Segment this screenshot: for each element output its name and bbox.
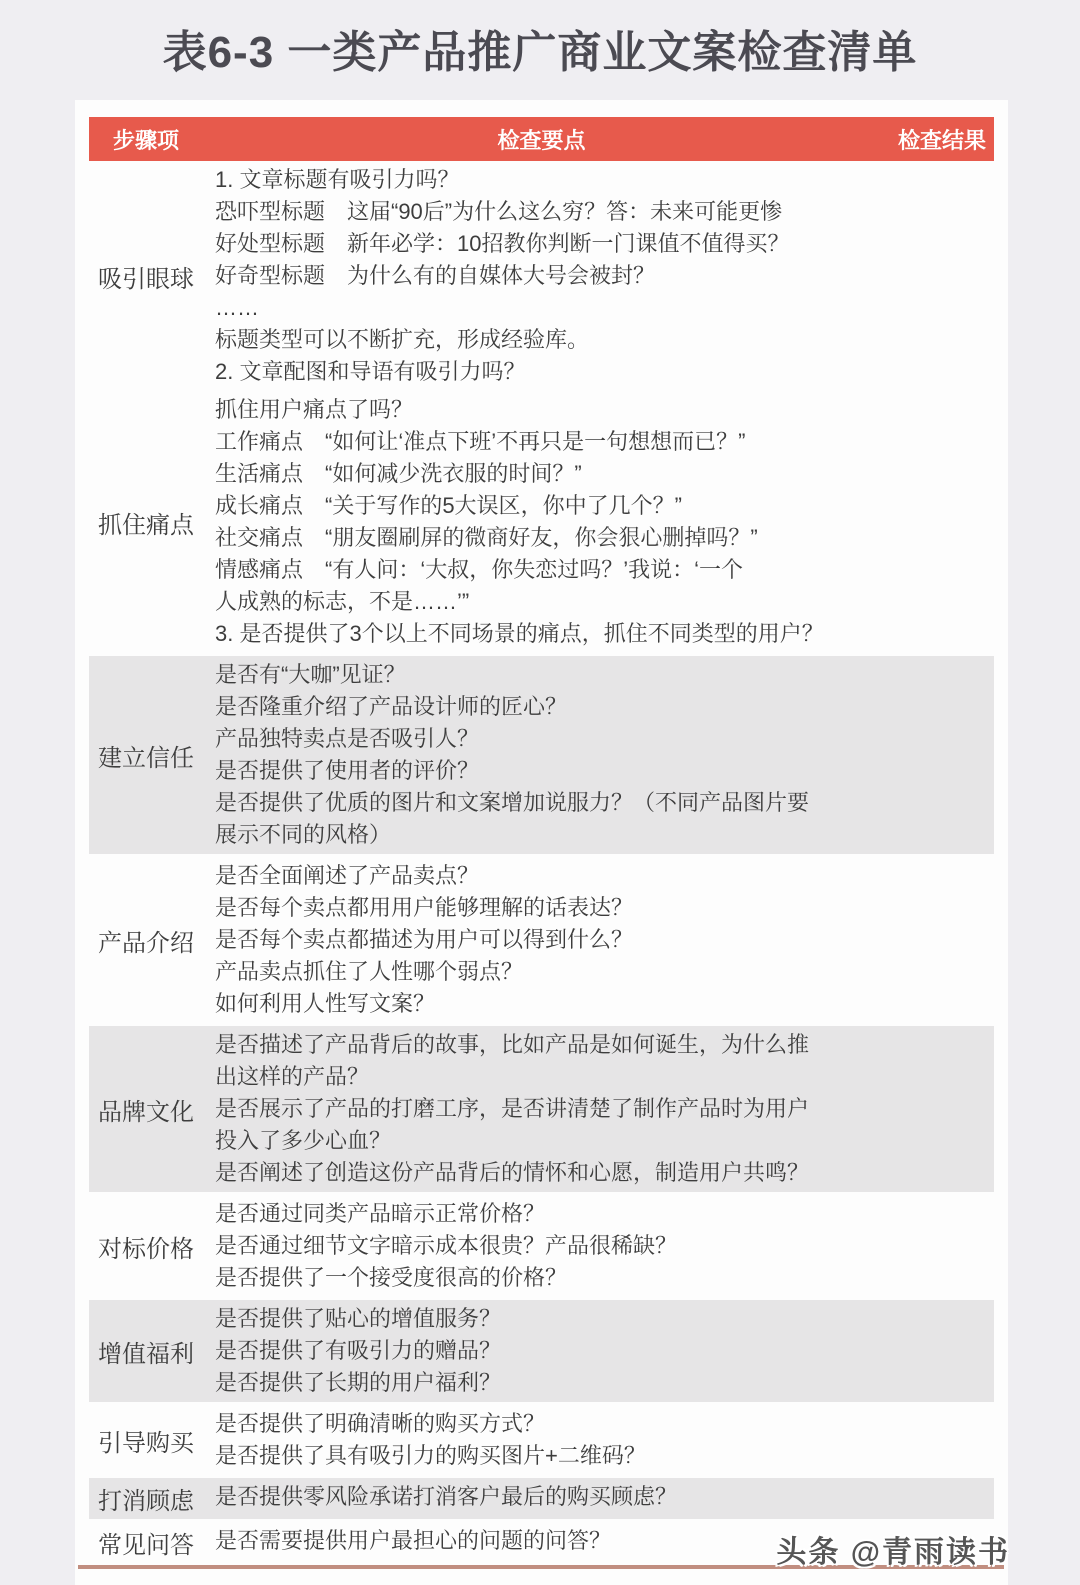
check-point-line: 是否提供了优质的图片和文案增加说服力？（不同产品图片要 <box>215 787 994 819</box>
check-point-line: 是否每个卖点都描述为用户可以得到什么？ <box>215 924 994 956</box>
step-label: 引导购买 <box>89 1408 215 1472</box>
table-body: 吸引眼球 1. 文章标题有吸引力吗？恐吓型标题 这届“90后”为什么这么穷？答：… <box>89 161 994 1563</box>
checklist-table: 步骤项 检查要点 检查结果 吸引眼球 1. 文章标题有吸引力吗？恐吓型标题 这届… <box>75 100 1008 1585</box>
check-point-line: 是否提供了贴心的增值服务？ <box>215 1303 994 1335</box>
header-check-result: 检查结果 <box>814 124 994 155</box>
step-label: 品牌文化 <box>89 1029 215 1189</box>
check-point-line: 产品独特卖点是否吸引人？ <box>215 723 994 755</box>
header-step-item: 步骤项 <box>89 124 269 155</box>
check-points-cell: 是否描述了产品背后的故事，比如产品是如何诞生，为什么推出这样的产品？是否展示了产… <box>215 1029 994 1189</box>
check-point-line: 是否阐述了创造这份产品背后的情怀和心愿，制造用户共鸣？ <box>215 1157 994 1189</box>
check-point-line: 情感痛点 “有人问：‘大叔，你失恋过吗？’我说：‘一个 <box>215 554 994 586</box>
step-label: 抓住痛点 <box>89 394 215 650</box>
table-row: 抓住痛点 抓住用户痛点了吗？工作痛点 “如何让‘准点下班’不再只是一句想想而已？… <box>89 391 994 653</box>
check-point-line: 工作痛点 “如何让‘准点下班’不再只是一句想想而已？” <box>215 426 994 458</box>
check-point-line: 1. 文章标题有吸引力吗？ <box>215 164 994 196</box>
check-point-line: 生活痛点 “如何减少洗衣服的时间？” <box>215 458 994 490</box>
check-point-line: 成长痛点 “关于写作的5大误区，你中了几个？” <box>215 490 994 522</box>
check-point-line: 是否提供了长期的用户福利？ <box>215 1367 994 1399</box>
table-header: 步骤项 检查要点 检查结果 <box>89 117 994 161</box>
check-point-line: 是否描述了产品背后的故事，比如产品是如何诞生，为什么推 <box>215 1029 994 1061</box>
check-point-line: 好奇型标题 为什么有的自媒体大号会被封？ <box>215 260 994 292</box>
check-point-line: 好处型标题 新年必学：10招教你判断一门课值不值得买？ <box>215 228 994 260</box>
table-row: 品牌文化 是否描述了产品背后的故事，比如产品是如何诞生，为什么推出这样的产品？是… <box>89 1023 994 1195</box>
table-row: 建立信任 是否有“大咖”见证？是否隆重介绍了产品设计师的匠心？产品独特卖点是否吸… <box>89 653 994 857</box>
check-point-line: 恐吓型标题 这届“90后”为什么这么穷？答：未来可能更惨 <box>215 196 994 228</box>
check-point-line: 是否提供了具有吸引力的购买图片+二维码？ <box>215 1440 994 1472</box>
table-inner: 步骤项 检查要点 检查结果 吸引眼球 1. 文章标题有吸引力吗？恐吓型标题 这届… <box>75 100 1008 1569</box>
page-title: 表6-3 一类产品推广商业文案检查清单 <box>0 16 1080 80</box>
header-check-points: 检查要点 <box>269 124 814 155</box>
check-points-cell: 是否提供零风险承诺打消客户最后的购买顾虑？ <box>215 1481 994 1516</box>
step-label: 常见问答 <box>89 1525 215 1560</box>
check-point-line: 人成熟的标志，不是……’” <box>215 586 994 618</box>
check-points-cell: 抓住用户痛点了吗？工作痛点 “如何让‘准点下班’不再只是一句想想而已？”生活痛点… <box>215 394 994 650</box>
check-points-cell: 是否全面阐述了产品卖点？是否每个卖点都用用户能够理解的话表达？是否每个卖点都描述… <box>215 860 994 1020</box>
check-point-line: 3. 是否提供了3个以上不同场景的痛点，抓住不同类型的用户？ <box>215 618 994 650</box>
check-point-line: 是否隆重介绍了产品设计师的匠心？ <box>215 691 994 723</box>
check-point-line: 是否有“大咖”见证？ <box>215 659 994 691</box>
check-points-cell: 是否提供了明确清晰的购买方式？是否提供了具有吸引力的购买图片+二维码？ <box>215 1408 994 1472</box>
step-label: 产品介绍 <box>89 860 215 1020</box>
step-label: 对标价格 <box>89 1198 215 1294</box>
check-point-line: 是否提供零风险承诺打消客户最后的购买顾虑？ <box>215 1481 994 1513</box>
check-point-line: 出这样的产品？ <box>215 1061 994 1093</box>
watermark: 头条 @青雨读书 <box>776 1527 1010 1571</box>
check-point-line: 是否全面阐述了产品卖点？ <box>215 860 994 892</box>
step-label: 建立信任 <box>89 659 215 851</box>
table-row: 增值福利 是否提供了贴心的增值服务？是否提供了有吸引力的赠品？是否提供了长期的用… <box>89 1297 994 1405</box>
check-point-line: 社交痛点 “朋友圈刷屏的微商好友，你会狠心删掉吗？” <box>215 522 994 554</box>
check-point-line: 是否每个卖点都用用户能够理解的话表达？ <box>215 892 994 924</box>
table-row: 打消顾虑 是否提供零风险承诺打消客户最后的购买顾虑？ <box>89 1475 994 1522</box>
check-point-line: 抓住用户痛点了吗？ <box>215 394 994 426</box>
page: 表6-3 一类产品推广商业文案检查清单 步骤项 检查要点 检查结果 吸引眼球 1… <box>0 0 1080 1585</box>
check-points-cell: 是否有“大咖”见证？是否隆重介绍了产品设计师的匠心？产品独特卖点是否吸引人？是否… <box>215 659 994 851</box>
check-points-cell: 是否提供了贴心的增值服务？是否提供了有吸引力的赠品？是否提供了长期的用户福利？ <box>215 1303 994 1399</box>
check-point-line: 投入了多少心血？ <box>215 1125 994 1157</box>
step-label: 打消顾虑 <box>89 1481 215 1516</box>
table-row: 引导购买 是否提供了明确清晰的购买方式？是否提供了具有吸引力的购买图片+二维码？ <box>89 1405 994 1475</box>
table-row: 对标价格 是否通过同类产品暗示正常价格？是否通过细节文字暗示成本很贵？产品很稀缺… <box>89 1195 994 1297</box>
check-point-line: 产品卖点抓住了人性哪个弱点？ <box>215 956 994 988</box>
check-point-line: 标题类型可以不断扩充，形成经验库。 <box>215 324 994 356</box>
check-point-line: 展示不同的风格） <box>215 819 994 851</box>
check-point-line: 是否提供了明确清晰的购买方式？ <box>215 1408 994 1440</box>
step-label: 吸引眼球 <box>89 164 215 388</box>
check-point-line: 是否提供了有吸引力的赠品？ <box>215 1335 994 1367</box>
check-point-line: 如何利用人性写文案？ <box>215 988 994 1020</box>
table-row: 产品介绍 是否全面阐述了产品卖点？是否每个卖点都用用户能够理解的话表达？是否每个… <box>89 857 994 1023</box>
check-point-line: 是否提供了使用者的评价？ <box>215 755 994 787</box>
check-point-line: 是否展示了产品的打磨工序，是否讲清楚了制作产品时为用户 <box>215 1093 994 1125</box>
check-point-line: 是否提供了一个接受度很高的价格？ <box>215 1262 994 1294</box>
step-label: 增值福利 <box>89 1303 215 1399</box>
check-point-line: …… <box>215 292 994 324</box>
check-point-line: 是否通过同类产品暗示正常价格？ <box>215 1198 994 1230</box>
check-point-line: 是否通过细节文字暗示成本很贵？产品很稀缺？ <box>215 1230 994 1262</box>
table-row: 吸引眼球 1. 文章标题有吸引力吗？恐吓型标题 这届“90后”为什么这么穷？答：… <box>89 161 994 391</box>
check-points-cell: 是否通过同类产品暗示正常价格？是否通过细节文字暗示成本很贵？产品很稀缺？是否提供… <box>215 1198 994 1294</box>
check-points-cell: 1. 文章标题有吸引力吗？恐吓型标题 这届“90后”为什么这么穷？答：未来可能更… <box>215 164 994 388</box>
check-point-line: 2. 文章配图和导语有吸引力吗？ <box>215 356 994 388</box>
